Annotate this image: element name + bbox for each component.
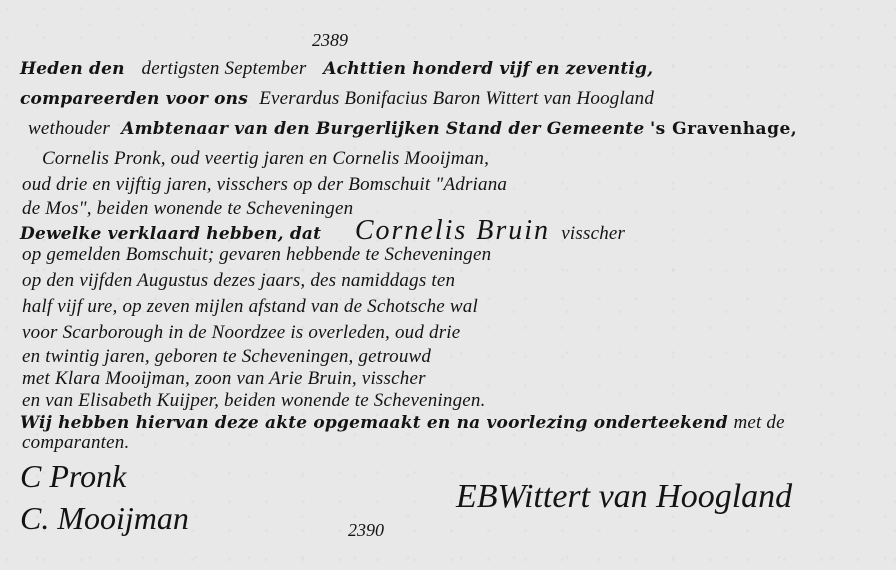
line-14: en van Elisabeth Kuijper, beiden wonende… [22,390,486,412]
signature-witness-2: C. Mooijman [20,500,189,537]
line-9: op den vijfden Augustus dezes jaars, des… [22,270,455,292]
handwritten-text: Cornelis Pronk, oud veertig jaren en Cor… [42,148,489,169]
line-11: voor Scarborough in de Noordzee is overl… [22,322,460,344]
line-8: op gemelden Bomschuit; gevaren hebbende … [22,244,491,266]
line-10: half vijf ure, op zeven mijlen afstand v… [22,296,478,318]
printed-text: Heden den [20,59,125,79]
handwritten-text: wethouder [28,118,110,139]
handwritten-text: dertigsten September [142,58,307,79]
printed-text: Dewelke verklaard hebben, dat [20,224,321,244]
line-15: Wij hebben hiervan deze akte opgemaakt e… [20,412,785,434]
handwritten-text: op gemelden Bomschuit; gevaren hebbende … [22,244,491,265]
line-16: comparanten. [22,432,129,454]
line-2: compareerden voor ons Everardus Bonifaci… [20,88,654,110]
document-page: 2389 Heden den dertigsten September Acht… [0,0,896,570]
handwritten-text: half vijf ure, op zeven mijlen afstand v… [22,296,478,317]
handwritten-text: visscher [561,223,625,244]
printed-text: Achttien honderd vijf en zeventig, [323,59,653,79]
line-12: en twintig jaren, geboren te Scheveninge… [22,346,431,368]
line-3: wethouder Ambtenaar van den Burgerlijken… [28,118,797,140]
handwritten-text: voor Scarborough in de Noordzee is overl… [22,322,460,343]
printed-text: Ambtenaar van den Burgerlijken Stand der… [121,119,644,139]
handwritten-text: Everardus Bonifacius Baron Wittert van H… [259,88,654,109]
handwritten-text: met Klara Mooijman, zoon van Arie Bruin,… [22,368,426,389]
line-7: Dewelke verklaard hebben, dat Cornelis B… [20,215,625,247]
printed-city: 's Gravenhage, [650,119,797,139]
handwritten-text: oud drie en vijftig jaren, visschers op … [22,174,507,195]
handwritten-text: met de [733,412,784,433]
printed-text: compareerden voor ons [20,89,248,109]
deceased-name: Cornelis Bruin [355,215,550,246]
handwritten-text: op den vijfden Augustus dezes jaars, des… [22,270,455,291]
record-number-bottom: 2390 [348,520,384,541]
record-number-top: 2389 [312,30,348,51]
line-4: Cornelis Pronk, oud veertig jaren en Cor… [42,148,489,170]
signature-witness-1: C Pronk [20,458,126,495]
line-5: oud drie en vijftig jaren, visschers op … [22,174,507,196]
line-13: met Klara Mooijman, zoon van Arie Bruin,… [22,368,426,390]
handwritten-text: comparanten. [22,432,129,453]
printed-text: Wij hebben hiervan deze akte opgemaakt e… [20,413,728,433]
handwritten-text: en van Elisabeth Kuijper, beiden wonende… [22,390,486,411]
line-1: Heden den dertigsten September Achttien … [20,58,653,80]
handwritten-text: en twintig jaren, geboren te Scheveninge… [22,346,431,367]
signature-official: EBWittert van Hoogland [456,478,792,516]
